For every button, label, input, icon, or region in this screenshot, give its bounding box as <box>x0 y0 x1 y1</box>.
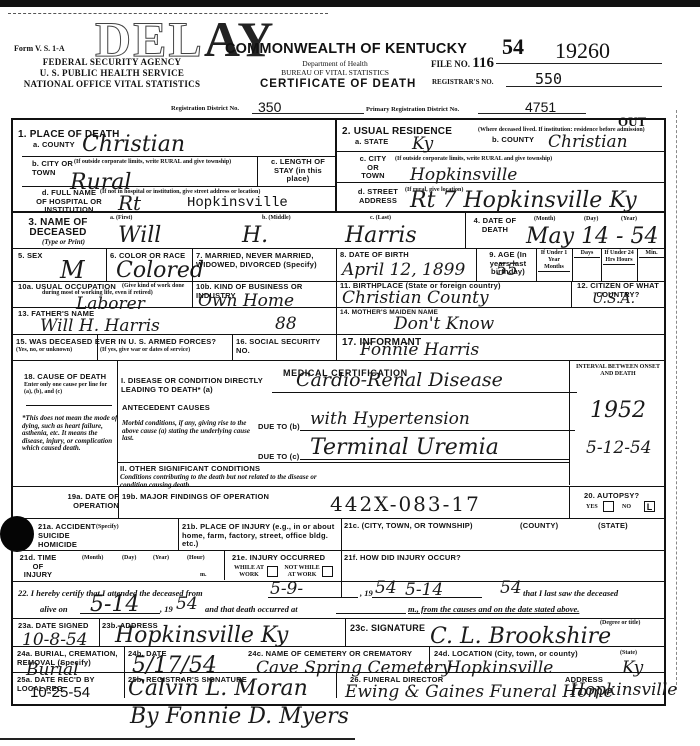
file-no-label-text: FILE NO. <box>431 59 470 69</box>
divider <box>11 486 666 487</box>
injury-occurred-label: 21e. INJURY OCCURRED <box>232 554 325 563</box>
citizen-value: U.S.A. <box>592 292 635 306</box>
divider <box>118 486 119 518</box>
father-value: Will H. Harris <box>40 318 160 335</box>
burial-state-value: Ky <box>622 660 643 677</box>
middle-name-label: b. (Middle) <box>262 215 291 222</box>
primary-district-value: 4751 <box>525 99 556 115</box>
physician-signature: C. L. Brookshire <box>430 626 611 648</box>
registrar-signature: Calvin L. Moran <box>128 678 308 700</box>
sex-label: 5. SEX <box>18 252 43 261</box>
ssn-label: 16. SOCIAL SECURITY NO. <box>236 338 332 355</box>
marital-label: 7. MARRIED, NEVER MARRIED, WIDOWED, DIVO… <box>196 252 336 269</box>
cause-instruction: Enter only one cause per line for (a), (… <box>24 382 116 396</box>
delay-stamp-solid: AY <box>204 11 276 67</box>
cert-from-value: 5-9- <box>270 581 303 598</box>
divider <box>232 334 233 360</box>
divider <box>336 248 337 281</box>
injury-year-label: (Year) <box>153 555 169 562</box>
divider <box>192 248 193 281</box>
divider <box>572 248 573 281</box>
cause-a-value: Cardio-Renal Disease <box>296 371 503 390</box>
residence-county-value: Christian <box>548 134 628 151</box>
birthplace-value: Christian County <box>342 290 489 307</box>
divider <box>11 518 666 519</box>
cert-time-line <box>336 613 406 614</box>
residence-street-value: Rt 7 Hopkinsville Ky <box>410 190 637 212</box>
cert-text-4: and that death occurred at <box>205 606 298 614</box>
residence-city-note: (If outside corporate limits, write RURA… <box>395 156 655 163</box>
divider <box>336 182 666 183</box>
interval-b-value: 1952 <box>590 400 646 422</box>
operation-findings-label: 19b. MAJOR FINDINGS OF OPERATION <box>122 493 269 502</box>
autopsy-yes-checkbox[interactable] <box>603 501 614 512</box>
divider <box>257 156 258 186</box>
cert-alive-year: 54 <box>176 596 198 613</box>
injury-not-while-work-label: NOT WHILE AT WORK <box>282 565 322 579</box>
last-name-label: c. (Last) <box>370 215 391 222</box>
armed-forces-label: 15. WAS DECEASED EVER IN U. S. ARMED FOR… <box>16 338 216 347</box>
deceased-name-label: 3. NAME OF DECEASED <box>18 218 98 238</box>
registration-district-label: Registration District No. <box>171 105 239 112</box>
divider <box>11 672 666 673</box>
burial-state-label: (State) <box>620 650 637 657</box>
divider <box>117 360 118 485</box>
cert-text-3: that I last saw the deceased <box>523 590 618 598</box>
registration-district-value: 350 <box>258 99 281 115</box>
divider <box>99 618 100 646</box>
divider <box>336 307 337 334</box>
not-while-work-checkbox[interactable] <box>322 566 333 577</box>
part1-label: I. DISEASE OR CONDITION DIRECTLY LEADING… <box>121 377 291 394</box>
interval-label: INTERVAL BETWEEN ONSET AND DEATH <box>573 364 663 378</box>
operation-findings-value: 442X-083-17 <box>330 494 481 514</box>
divider <box>476 248 477 281</box>
injury-county-label: (COUNTY) <box>520 522 558 531</box>
middle-name-value: H. <box>242 225 268 247</box>
agency-block: FEDERAL SECURITY AGENCY U. S. PUBLIC HEA… <box>12 57 212 90</box>
file-no-year: 54 <box>502 34 524 60</box>
age-days-label: Days <box>574 250 600 258</box>
divider <box>106 248 107 281</box>
dob-label: 8. DATE OF BIRTH <box>340 251 409 260</box>
pod-county-value: Christian <box>82 134 185 156</box>
file-no-prefix: 116 <box>472 55 494 71</box>
divider <box>26 405 112 406</box>
divider <box>465 212 466 248</box>
agency-line: FEDERAL SECURITY AGENCY <box>12 57 212 68</box>
divider <box>11 618 666 619</box>
due-c-label: DUE TO (c) <box>258 453 299 462</box>
antecedent-label: ANTECEDENT CAUSES <box>122 404 210 413</box>
deceased-name-note: (Type or Print) <box>42 239 85 247</box>
registrar-no-value: 550 <box>535 70 562 88</box>
injury-time-label: 21d. TIME OF INJURY <box>18 554 58 580</box>
cause-a-line <box>272 392 577 393</box>
agency-line: U. S. PUBLIC HEALTH SERVICE <box>12 68 212 79</box>
residence-annotation: OUT <box>618 114 646 130</box>
race-value: Colored <box>116 260 204 282</box>
first-name-value: Will <box>118 225 161 247</box>
divider <box>637 248 638 281</box>
scan-ink-blot <box>0 516 34 552</box>
divider <box>429 646 430 672</box>
antecedent-note: Morbid conditions, if any, giving rise t… <box>122 420 250 443</box>
divider <box>11 212 666 213</box>
scan-bottom-rule <box>0 738 355 740</box>
while-work-checkbox[interactable] <box>267 566 278 577</box>
divider <box>11 307 666 308</box>
divider <box>11 334 666 335</box>
autopsy-label: 20. AUTOPSY? <box>584 492 639 501</box>
residence-street-label: d. STREET ADDRESS <box>356 188 400 205</box>
divider <box>178 518 179 550</box>
divider <box>11 646 666 647</box>
divider <box>224 550 225 580</box>
pod-hospital-value: Hopkinsville <box>187 195 288 211</box>
divider <box>11 550 666 551</box>
age-months-label: If Under 1 Year Months <box>538 250 570 272</box>
armed-forces-note-a: (Yes, no, or unknown) <box>16 347 72 354</box>
injury-specify-label: (Specify) <box>96 524 119 531</box>
residence-state-label: a. STATE <box>355 138 388 147</box>
file-no-label: FILE NO. 116 <box>431 55 494 72</box>
divider <box>336 672 337 698</box>
cause-footnote: *This does not mean the mode of dying, s… <box>22 415 118 453</box>
date-received-value: 10-25-54 <box>30 684 90 701</box>
divider <box>192 281 193 307</box>
divider <box>336 281 337 307</box>
mother-value: Don't Know <box>394 316 494 333</box>
age-min-label: Min. <box>639 250 664 258</box>
cert-from-year: 54 <box>375 580 397 597</box>
divider <box>569 360 570 485</box>
injury-hour-label: (Hour) <box>187 555 205 562</box>
sex-value: M <box>60 258 85 282</box>
scan-top-border <box>0 0 700 7</box>
scan-right-edge <box>676 110 677 690</box>
injury-city-label: 21c. (CITY, TOWN, OR TOWNSHIP) <box>344 522 473 531</box>
department-block: Department of Health BUREAU OF VITAL STA… <box>270 59 400 77</box>
residence-city-label: c. CITY OR TOWN <box>355 155 391 181</box>
autopsy-no-label: NO <box>622 504 631 511</box>
last-name-value: Harris <box>345 225 417 247</box>
primary-district-label: Primary Registration District No. <box>366 106 459 113</box>
dod-year-label: (Year) <box>621 216 637 223</box>
pod-hospital-label: d. FULL NAME OF HOSPITAL OR INSTITUTION <box>36 189 102 215</box>
bureau-name: BUREAU OF VITAL STATISTICS <box>270 68 400 77</box>
divider <box>571 281 572 307</box>
divider <box>11 248 666 249</box>
injury-while-work-label: WHILE AT WORK <box>229 565 269 579</box>
injury-how-label: 21f. HOW DID INJURY OCCUR? <box>344 554 461 563</box>
department-name: Department of Health <box>270 59 400 68</box>
cert-text-5: m., from the causes and on the date stat… <box>408 606 579 614</box>
divider <box>97 334 98 360</box>
form-number: Form V. S. 1-A <box>14 44 65 53</box>
divider <box>336 334 337 360</box>
age-hours-label: If Under 24 Hrs Hours <box>603 250 635 265</box>
autopsy-no-checkbox[interactable]: L <box>644 501 655 512</box>
cert-alive-value: 5-14 <box>90 594 139 616</box>
pod-city-note: (If outside corporate limits, write RURA… <box>74 159 254 166</box>
cert-from-19: , 19 <box>360 590 373 598</box>
cause-title: 18. CAUSE OF DEATH <box>24 373 106 382</box>
injury-type-homicide: HOMICIDE <box>38 541 77 550</box>
injury-state-label: (STATE) <box>598 522 628 531</box>
injury-place-label: 21b. PLACE OF INJURY (e.g., in or about … <box>182 523 342 549</box>
funeral-address-value: Hopkinsville <box>570 682 677 699</box>
residence-title: 2. USUAL RESIDENCE <box>342 127 452 137</box>
cause-c-value: Terminal Uremia <box>310 437 499 459</box>
registrar-no-line <box>506 86 662 87</box>
divider <box>336 151 666 152</box>
divider <box>11 360 666 361</box>
divider <box>22 186 336 187</box>
divider <box>536 248 537 281</box>
autopsy-yes-label: YES <box>586 504 598 511</box>
burial-location-value: Hopkinsville <box>446 660 553 677</box>
address-value: Hopkinsville Ky <box>115 625 288 647</box>
divider <box>341 518 342 598</box>
cause-b-value: with Hypertension <box>310 411 470 428</box>
divider <box>601 248 602 281</box>
pod-stay-label: c. LENGTH OF STAY (in this place) <box>262 158 334 184</box>
injury-m-label: m. <box>200 572 207 579</box>
interval-c-value: 5-12-54 <box>586 440 652 457</box>
dod-day-label: (Day) <box>584 216 598 223</box>
certificate-title: CERTIFICATE OF DEATH <box>260 78 416 90</box>
cert-alive-label: alive on <box>40 606 68 614</box>
operation-date-label: 19a. DATE OF OPERATION <box>24 493 119 510</box>
divider <box>569 486 570 518</box>
armed-forces-note-b: (If yes, give war or dates of service) <box>100 347 190 354</box>
pod-hospital-mark: Rt <box>118 193 141 213</box>
pod-county-label: a. COUNTY <box>33 141 75 150</box>
due-b-label: DUE TO (b) <box>258 423 300 432</box>
cause-b-line <box>300 430 575 431</box>
divider <box>11 581 666 582</box>
signature-label: 23c. SIGNATURE <box>350 624 425 633</box>
residence-county-label: b. COUNTY <box>492 136 534 145</box>
dod-value: May 14 - 54 <box>526 226 658 248</box>
registrar-by-line: By Fonnie D. Myers <box>130 706 349 728</box>
dod-month-label: (Month) <box>534 216 555 223</box>
cert-to-year: 54 <box>500 580 522 597</box>
injury-month-label: (Month) <box>82 555 103 562</box>
agency-line: NATIONAL OFFICE VITAL STATISTICS <box>12 79 212 90</box>
dob-value: April 12, 1899 <box>342 262 465 279</box>
dod-label: 4. DATE OF DEATH <box>470 217 520 234</box>
first-name-label: a. (First) <box>110 215 132 222</box>
divider <box>345 618 346 646</box>
injury-day-label: (Day) <box>122 555 136 562</box>
burial-date-value: 5/17/54 <box>132 655 217 677</box>
divider <box>117 462 569 463</box>
cert-to-line <box>372 597 482 598</box>
father-note: 88 <box>275 316 297 333</box>
registrar-no-label: REGISTRAR'S NO. <box>432 78 493 86</box>
cert-alive-19: , 19 <box>160 606 173 614</box>
file-no-number: 19260 <box>555 38 610 64</box>
informant-value: Fonnie Harris <box>360 342 479 359</box>
age-value: 55 <box>496 262 518 279</box>
